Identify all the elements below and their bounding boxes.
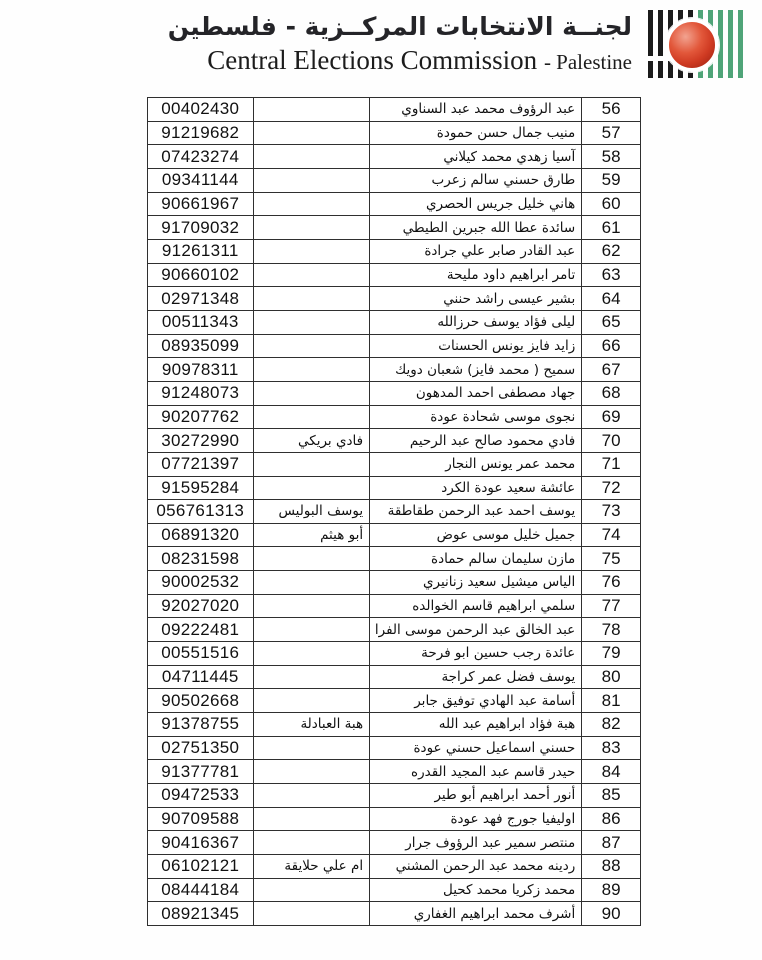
cell-id-number: 02971348 xyxy=(148,287,254,310)
table-row: 00511343 ليلى فؤاد يوسف حرزالله 65 xyxy=(148,310,640,334)
cell-nickname: فادي بريكي xyxy=(254,429,371,452)
table-row: 91378755 هبة العبادلة هبة فؤاد ابراهيم ع… xyxy=(148,712,640,736)
cell-row-number: 67 xyxy=(582,358,640,381)
cell-id-number: 30272990 xyxy=(148,429,254,452)
cell-full-name: حسني اسماعيل حسني عودة xyxy=(370,737,582,760)
table-row: 91595284 عائشة سعيد عودة الكرد 72 xyxy=(148,476,640,500)
cell-row-number: 84 xyxy=(582,760,640,783)
cell-id-number: 92027020 xyxy=(148,595,254,618)
logo-red-ball-icon xyxy=(665,18,719,72)
cell-full-name: حيدر قاسم عبد المجيد القدره xyxy=(370,760,582,783)
cell-row-number: 58 xyxy=(582,145,640,168)
table-row: 08935099 زايد فايز يونس الحسنات 66 xyxy=(148,334,640,358)
table-row: 91377781 حيدر قاسم عبد المجيد القدره 84 xyxy=(148,759,640,783)
cell-nickname xyxy=(254,737,371,760)
voters-table: 00402430 عبد الرؤوف محمد عبد السناوي 56 … xyxy=(147,97,641,926)
cell-row-number: 70 xyxy=(582,429,640,452)
cell-row-number: 57 xyxy=(582,122,640,145)
cell-full-name: طارق حسني سالم زعرب xyxy=(370,169,582,192)
table-row: 90416367 منتصر سمير عبد الرؤوف جرار 87 xyxy=(148,830,640,854)
cell-row-number: 63 xyxy=(582,264,640,287)
cell-nickname: ام علي حلايقة xyxy=(254,855,371,878)
cell-id-number: 91709032 xyxy=(148,216,254,239)
cell-id-number: 91219682 xyxy=(148,122,254,145)
cell-row-number: 59 xyxy=(582,169,640,192)
cell-id-number: 02751350 xyxy=(148,737,254,760)
cell-full-name: الياس ميشيل سعيد زنانيري xyxy=(370,571,582,594)
cell-row-number: 65 xyxy=(582,311,640,334)
cell-full-name: جميل خليل موسى عوض xyxy=(370,524,582,547)
cell-id-number: 08231598 xyxy=(148,547,254,570)
table-row: 90709588 اوليفيا جورج فهد عودة 86 xyxy=(148,807,640,831)
table-row: 08231598 مازن سليمان سالم حمادة 75 xyxy=(148,546,640,570)
cell-id-number: 08444184 xyxy=(148,879,254,902)
cell-row-number: 90 xyxy=(582,902,640,925)
cell-full-name: أشرف محمد ابراهيم الغفاري xyxy=(370,902,582,925)
table-row: 06102121 ام علي حلايقة ردينه محمد عبد ال… xyxy=(148,854,640,878)
cell-row-number: 56 xyxy=(582,98,640,121)
cell-row-number: 68 xyxy=(582,382,640,405)
cell-nickname xyxy=(254,808,371,831)
cell-nickname xyxy=(254,642,371,665)
table-row: 02751350 حسني اسماعيل حسني عودة 83 xyxy=(148,736,640,760)
cell-row-number: 87 xyxy=(582,831,640,854)
table-row: 04711445 يوسف فضل عمر كراجة 80 xyxy=(148,665,640,689)
org-title-english-main: Central Elections Commission xyxy=(207,45,537,75)
cell-id-number: 09341144 xyxy=(148,169,254,192)
table-row: 00402430 عبد الرؤوف محمد عبد السناوي 56 xyxy=(148,98,640,121)
table-row: 91219682 منيب جمال حسن حمودة 57 xyxy=(148,121,640,145)
cell-nickname xyxy=(254,335,371,358)
cell-nickname xyxy=(254,240,371,263)
cell-nickname xyxy=(254,666,371,689)
cell-id-number: 90502668 xyxy=(148,689,254,712)
cell-row-number: 78 xyxy=(582,618,640,641)
cell-full-name: محمد عمر يونس النجار xyxy=(370,453,582,476)
cell-row-number: 83 xyxy=(582,737,640,760)
cell-nickname xyxy=(254,382,371,405)
cell-id-number: 06102121 xyxy=(148,855,254,878)
cell-full-name: عبد الخالق عبد الرحمن موسى الفرا xyxy=(370,618,582,641)
cell-id-number: 90709588 xyxy=(148,808,254,831)
cell-nickname xyxy=(254,311,371,334)
cell-full-name: منيب جمال حسن حمودة xyxy=(370,122,582,145)
cell-id-number: 90660102 xyxy=(148,264,254,287)
cell-row-number: 62 xyxy=(582,240,640,263)
table-row: 07423274 آسيا زهدي محمد كيلاني 58 xyxy=(148,144,640,168)
org-title-arabic: لجنــة الانتخابات المركــزية - فلسطين xyxy=(120,10,632,44)
table-row: 08921345 أشرف محمد ابراهيم الغفاري 90 xyxy=(148,901,640,925)
org-title-english-suffix: - Palestine xyxy=(544,50,632,74)
table-row: 00551516 عائدة رجب حسين ابو فرحة 79 xyxy=(148,641,640,665)
cell-full-name: محمد زكريا محمد كحيل xyxy=(370,879,582,902)
cell-nickname: أبو هيثم xyxy=(254,524,371,547)
cell-id-number: 90661967 xyxy=(148,193,254,216)
cell-full-name: ليلى فؤاد يوسف حرزالله xyxy=(370,311,582,334)
cell-nickname xyxy=(254,453,371,476)
cell-row-number: 89 xyxy=(582,879,640,902)
cell-full-name: منتصر سمير عبد الرؤوف جرار xyxy=(370,831,582,854)
table-row: 92027020 سلمي ابراهيم قاسم الخوالده 77 xyxy=(148,594,640,618)
cell-row-number: 77 xyxy=(582,595,640,618)
cell-full-name: يوسف احمد عبد الرحمن طقاطقة xyxy=(370,500,582,523)
cell-full-name: سلمي ابراهيم قاسم الخوالده xyxy=(370,595,582,618)
table-row: 09222481 عبد الخالق عبد الرحمن موسى الفر… xyxy=(148,617,640,641)
cell-nickname xyxy=(254,831,371,854)
cell-id-number: 90978311 xyxy=(148,358,254,381)
table-row: 90978311 سميح ( محمد فايز) شعبان دويك 67 xyxy=(148,357,640,381)
cell-row-number: 64 xyxy=(582,287,640,310)
cell-nickname xyxy=(254,287,371,310)
table-row: 30272990 فادي بريكي فادي محمود صالح عبد … xyxy=(148,428,640,452)
cell-row-number: 80 xyxy=(582,666,640,689)
cell-full-name: أنور أحمد ابراهيم أبو طير xyxy=(370,784,582,807)
table-row: 90002532 الياس ميشيل سعيد زنانيري 76 xyxy=(148,570,640,594)
document-page: لجنــة الانتخابات المركــزية - فلسطين Ce… xyxy=(0,0,762,960)
cell-full-name: يوسف فضل عمر كراجة xyxy=(370,666,582,689)
cell-full-name: مازن سليمان سالم حمادة xyxy=(370,547,582,570)
cell-id-number: 91261311 xyxy=(148,240,254,263)
cell-nickname xyxy=(254,406,371,429)
cell-id-number: 08921345 xyxy=(148,902,254,925)
table-row: 90660102 تامر ابراهيم داود مليحة 63 xyxy=(148,263,640,287)
table-row: 09472533 أنور أحمد ابراهيم أبو طير 85 xyxy=(148,783,640,807)
cell-full-name: عائشة سعيد عودة الكرد xyxy=(370,477,582,500)
cell-nickname xyxy=(254,689,371,712)
cell-id-number: 07423274 xyxy=(148,145,254,168)
cell-row-number: 73 xyxy=(582,500,640,523)
cec-logo xyxy=(648,10,746,78)
cell-full-name: فادي محمود صالح عبد الرحيم xyxy=(370,429,582,452)
table-row: 08444184 محمد زكريا محمد كحيل 89 xyxy=(148,878,640,902)
cell-id-number: 06891320 xyxy=(148,524,254,547)
cell-row-number: 61 xyxy=(582,216,640,239)
cell-full-name: عائدة رجب حسين ابو فرحة xyxy=(370,642,582,665)
table-row: 90502668 أسامة عبد الهادي توفيق جابر 81 xyxy=(148,688,640,712)
cell-nickname xyxy=(254,618,371,641)
org-title-english: Central Elections Commission - Palestine xyxy=(120,45,632,77)
table-row: 91709032 سائدة عطا الله جبرين الطيطي 61 xyxy=(148,215,640,239)
cell-nickname xyxy=(254,169,371,192)
cell-full-name: تامر ابراهيم داود مليحة xyxy=(370,264,582,287)
cell-full-name: عبد القادر صابر علي جرادة xyxy=(370,240,582,263)
cell-row-number: 71 xyxy=(582,453,640,476)
table-row: 06891320 أبو هيثم جميل خليل موسى عوض 74 xyxy=(148,523,640,547)
table-row: 90207762 نجوى موسى شحادة عودة 69 xyxy=(148,405,640,429)
cell-full-name: جهاد مصطفى احمد المدهون xyxy=(370,382,582,405)
cell-row-number: 60 xyxy=(582,193,640,216)
cell-row-number: 88 xyxy=(582,855,640,878)
cell-nickname xyxy=(254,477,371,500)
cell-nickname: يوسف البوليس xyxy=(254,500,371,523)
cell-id-number: 09472533 xyxy=(148,784,254,807)
cell-full-name: بشير عيسى راشد حنني xyxy=(370,287,582,310)
cell-nickname xyxy=(254,760,371,783)
cell-id-number: 90002532 xyxy=(148,571,254,594)
cell-nickname xyxy=(254,547,371,570)
cell-nickname xyxy=(254,98,371,121)
cell-id-number: 91377781 xyxy=(148,760,254,783)
cell-full-name: اوليفيا جورج فهد عودة xyxy=(370,808,582,831)
cell-row-number: 72 xyxy=(582,477,640,500)
cell-row-number: 81 xyxy=(582,689,640,712)
cell-id-number: 91378755 xyxy=(148,713,254,736)
header: لجنــة الانتخابات المركــزية - فلسطين Ce… xyxy=(120,10,632,77)
cell-full-name: زايد فايز يونس الحسنات xyxy=(370,335,582,358)
cell-nickname xyxy=(254,784,371,807)
cell-row-number: 79 xyxy=(582,642,640,665)
cell-row-number: 76 xyxy=(582,571,640,594)
cell-row-number: 75 xyxy=(582,547,640,570)
cell-row-number: 66 xyxy=(582,335,640,358)
cell-id-number: 09222481 xyxy=(148,618,254,641)
cell-nickname xyxy=(254,595,371,618)
table-row: 91248073 جهاد مصطفى احمد المدهون 68 xyxy=(148,381,640,405)
cell-id-number: 04711445 xyxy=(148,666,254,689)
cell-row-number: 74 xyxy=(582,524,640,547)
table-row: 07721397 محمد عمر يونس النجار 71 xyxy=(148,452,640,476)
cell-nickname xyxy=(254,879,371,902)
cell-full-name: أسامة عبد الهادي توفيق جابر xyxy=(370,689,582,712)
cell-nickname xyxy=(254,902,371,925)
cell-full-name: عبد الرؤوف محمد عبد السناوي xyxy=(370,98,582,121)
cell-nickname xyxy=(254,216,371,239)
cell-full-name: هبة فؤاد ابراهيم عبد الله xyxy=(370,713,582,736)
cell-id-number: 08935099 xyxy=(148,335,254,358)
cell-id-number: 91595284 xyxy=(148,477,254,500)
cell-row-number: 85 xyxy=(582,784,640,807)
cell-nickname: هبة العبادلة xyxy=(254,713,371,736)
cell-id-number: 90207762 xyxy=(148,406,254,429)
cell-row-number: 69 xyxy=(582,406,640,429)
cell-full-name: نجوى موسى شحادة عودة xyxy=(370,406,582,429)
cell-id-number: 00511343 xyxy=(148,311,254,334)
cell-id-number: 056761313 xyxy=(148,500,254,523)
cell-id-number: 00551516 xyxy=(148,642,254,665)
cell-nickname xyxy=(254,264,371,287)
cell-full-name: ردينه محمد عبد الرحمن المشني xyxy=(370,855,582,878)
cell-full-name: آسيا زهدي محمد كيلاني xyxy=(370,145,582,168)
table-row: 90661967 هاني خليل جريس الحصري 60 xyxy=(148,192,640,216)
cell-row-number: 82 xyxy=(582,713,640,736)
table-row: 09341144 طارق حسني سالم زعرب 59 xyxy=(148,168,640,192)
cell-nickname xyxy=(254,571,371,594)
table-row: 91261311 عبد القادر صابر علي جرادة 62 xyxy=(148,239,640,263)
cell-full-name: سائدة عطا الله جبرين الطيطي xyxy=(370,216,582,239)
cell-full-name: هاني خليل جريس الحصري xyxy=(370,193,582,216)
cell-id-number: 90416367 xyxy=(148,831,254,854)
cell-nickname xyxy=(254,145,371,168)
cell-nickname xyxy=(254,122,371,145)
cell-id-number: 91248073 xyxy=(148,382,254,405)
cell-id-number: 07721397 xyxy=(148,453,254,476)
cell-full-name: سميح ( محمد فايز) شعبان دويك xyxy=(370,358,582,381)
cell-nickname xyxy=(254,193,371,216)
cell-row-number: 86 xyxy=(582,808,640,831)
table-row: 056761313 يوسف البوليس يوسف احمد عبد الر… xyxy=(148,499,640,523)
cell-id-number: 00402430 xyxy=(148,98,254,121)
table-row: 02971348 بشير عيسى راشد حنني 64 xyxy=(148,286,640,310)
cell-nickname xyxy=(254,358,371,381)
